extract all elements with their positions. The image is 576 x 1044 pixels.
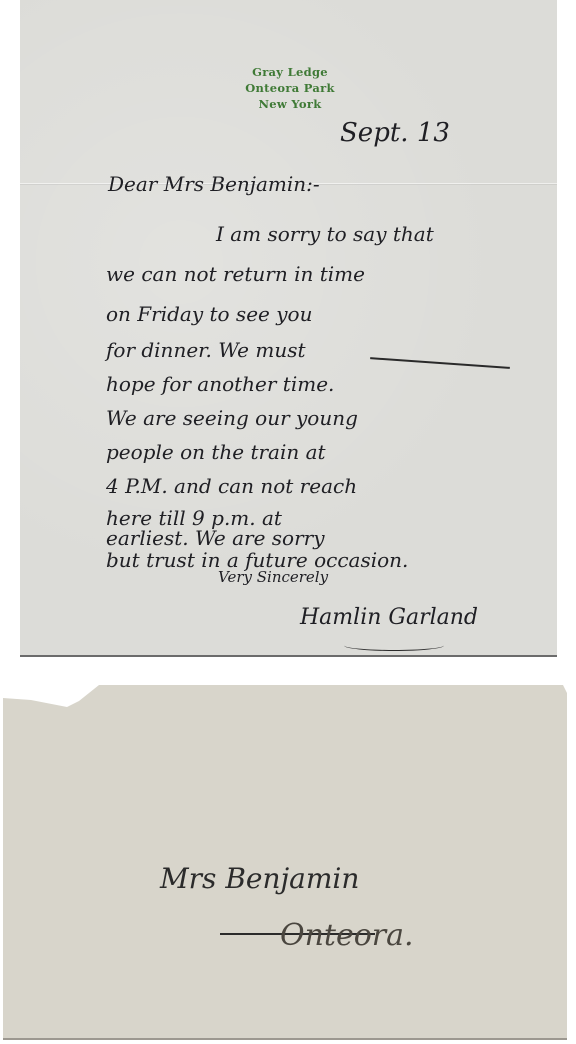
body-line: we can not return in time — [106, 262, 365, 286]
body-line: I am sorry to say that — [216, 222, 434, 246]
envelope-location: Onteora. — [280, 918, 414, 953]
letterhead-line: Onteora Park — [220, 80, 360, 96]
envelope-addressee: Mrs Benjamin — [160, 862, 359, 895]
letter-closing: Very Sincerely — [218, 568, 328, 586]
body-line: on Friday to see you — [106, 302, 312, 326]
letterhead-line: Gray Ledge — [220, 64, 360, 80]
body-line: We are seeing our young — [106, 406, 358, 430]
body-line: 4 P.M. and can not reach — [106, 474, 357, 498]
letterhead: Gray Ledge Onteora Park New York — [220, 64, 360, 112]
body-line: earliest. We are sorry — [106, 526, 325, 550]
signature-flourish — [344, 640, 444, 651]
letterhead-line: New York — [220, 96, 360, 112]
body-line: for dinner. We must — [106, 338, 306, 362]
letter-signature: Hamlin Garland — [300, 605, 478, 630]
letter-greeting: Dear Mrs Benjamin:- — [108, 172, 320, 196]
body-line: people on the train at — [106, 440, 326, 464]
body-line: hope for another time. — [106, 372, 334, 396]
letter-date: Sept. 13 — [340, 118, 450, 148]
